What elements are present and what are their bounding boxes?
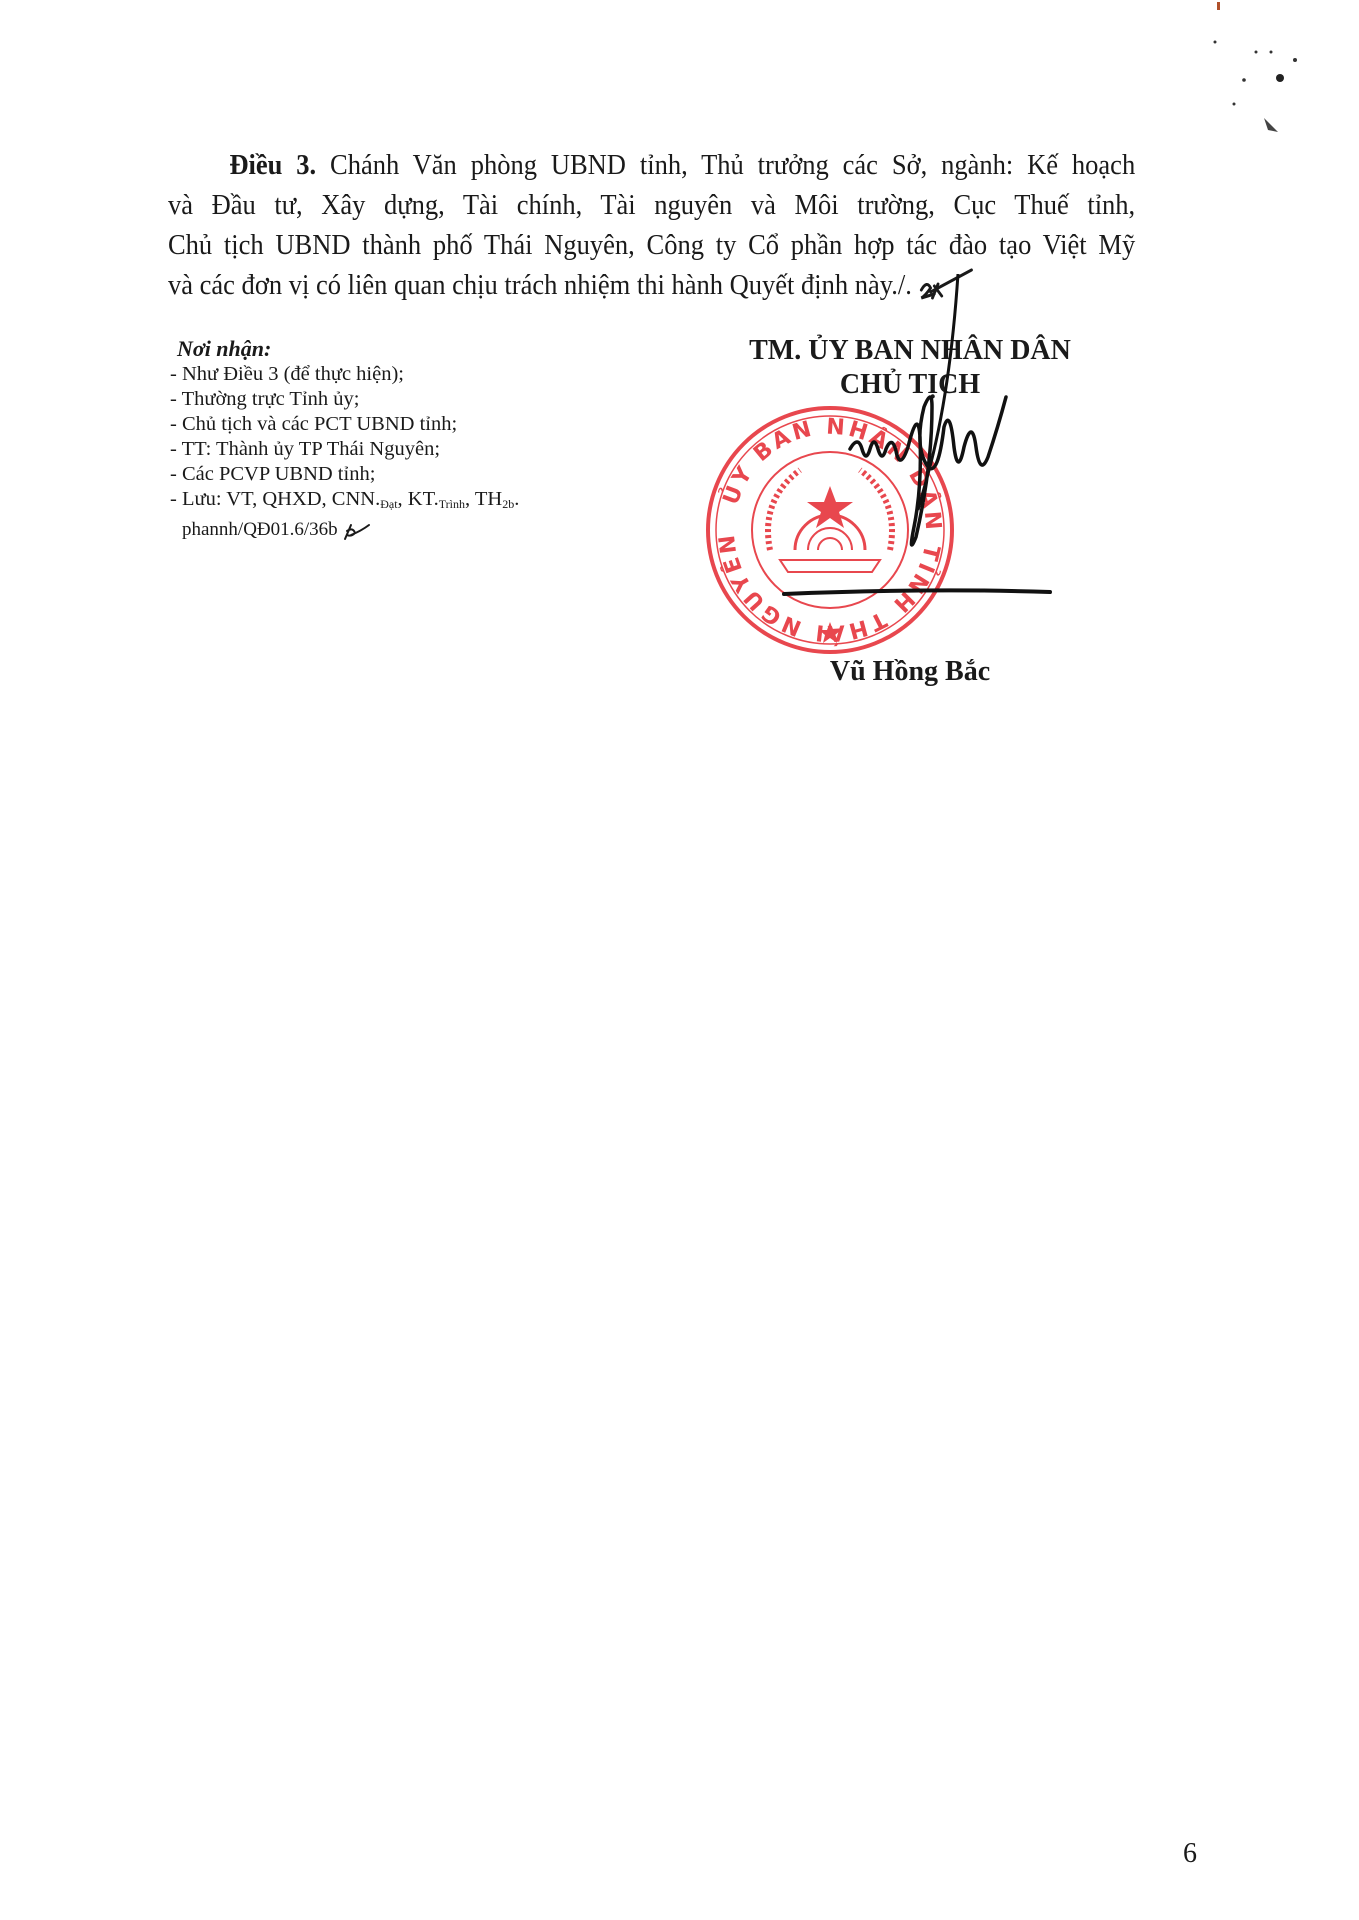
recipient-item: - TT: Thành ủy TP Thái Nguyên; <box>170 437 650 462</box>
page-number: 6 <box>1183 1838 1197 1870</box>
recipient-item: - Các PCVP UBND tỉnh; <box>170 462 650 487</box>
article-line-1: Điều 3. Chánh Văn phòng UBND tỉnh, Thủ t… <box>168 146 1135 186</box>
recipient-item: - Như Điều 3 (để thực hiện); <box>170 362 650 387</box>
document-page: Điều 3. Chánh Văn phòng UBND tỉnh, Thủ t… <box>0 0 1359 1920</box>
article-heading: Điều 3. <box>229 150 316 181</box>
recipients-title: Nơi nhận: <box>177 336 650 361</box>
initial-mark-icon <box>341 519 371 543</box>
recipient-item: - Thường trực Tỉnh ủy; <box>170 387 650 412</box>
recipient-item: - Chủ tịch và các PCT UBND tỉnh; <box>170 412 650 437</box>
archive-line: - Lưu: VT, QHXD, CNN.Đạt, KT.Trình, TH2b… <box>170 487 650 517</box>
article-line-2: và Đầu tư, Xây dựng, Tài chính, Tài nguy… <box>168 186 1135 226</box>
article-line-3: Chủ tịch UBND thành phố Thái Nguyên, Côn… <box>168 226 1135 266</box>
reference-code: phannh/QĐ01.6/36b <box>170 517 650 543</box>
scan-specks-icon <box>1180 0 1359 150</box>
handwritten-signature-icon <box>700 274 1260 634</box>
recipients-block: Nơi nhận: - Như Điều 3 (để thực hiện); -… <box>170 336 650 543</box>
signer-name: Vũ Hồng Bắc <box>700 656 1120 688</box>
